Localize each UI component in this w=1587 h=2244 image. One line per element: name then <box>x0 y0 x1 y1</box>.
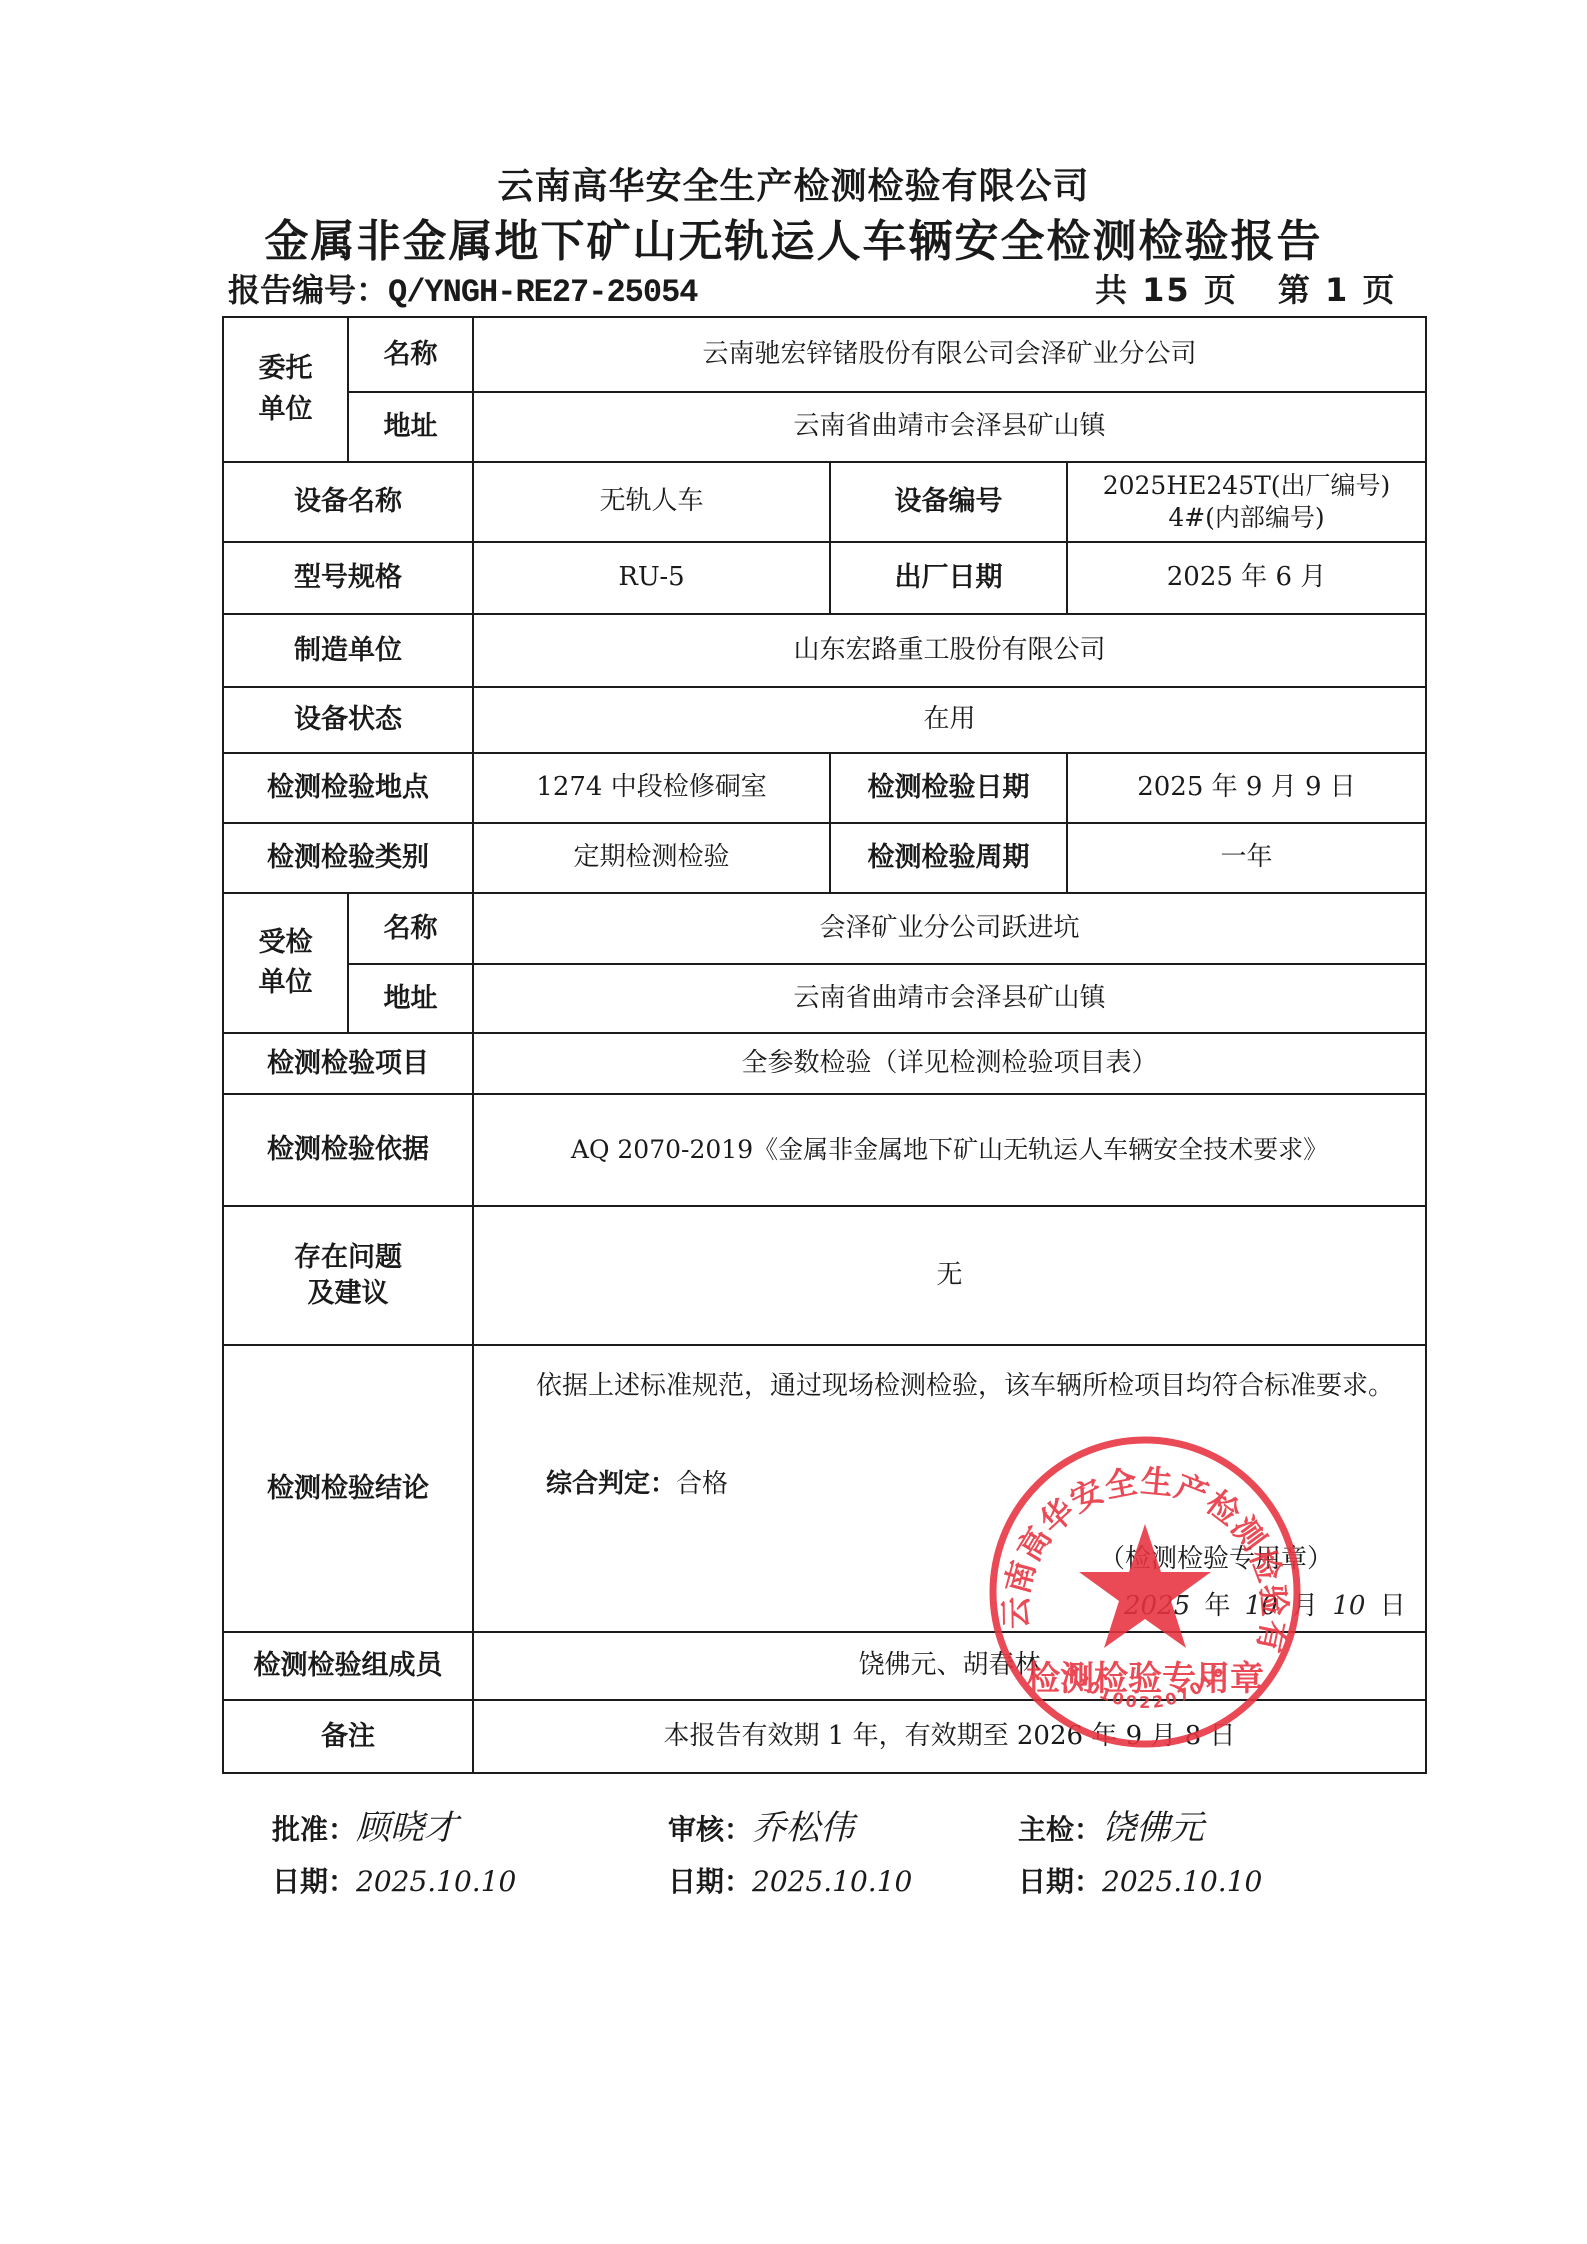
chief-signature-value: 饶佛元 <box>1102 1808 1204 1848</box>
equipment-factory-no: 2025HE245T(出厂编号) <box>1074 470 1419 503</box>
company-name: 云南高华安全生产检测检验有限公司 <box>0 158 1587 209</box>
approve-signature: 批准：顾晓才 <box>272 1800 458 1849</box>
items: 全参数检验（详见检测检验项目表） <box>473 1033 1426 1094</box>
conclusion-label: 检测检验结论 <box>223 1345 473 1632</box>
category: 定期检测检验 <box>473 823 830 893</box>
model-label: 型号规格 <box>223 542 473 614</box>
approve-date: 日期：2025.10.10 <box>272 1860 516 1900</box>
judgement-value: 合格 <box>676 1469 728 1499</box>
inspected-name: 会泽矿业分公司跃进坑 <box>473 893 1426 964</box>
issues-label: 存在问题 及建议 <box>223 1206 473 1345</box>
manufacturer-label: 制造单位 <box>223 614 473 687</box>
category-label: 检测检验类别 <box>223 823 473 893</box>
review-signature-value: 乔松伟 <box>752 1808 854 1848</box>
remarks-label: 备注 <box>223 1700 473 1773</box>
client-name: 云南驰宏锌锗股份有限公司会泽矿业分公司 <box>473 317 1426 392</box>
review-date: 日期：2025.10.10 <box>668 1860 912 1900</box>
factory-date: 2025 年 6 月 <box>1067 542 1426 614</box>
location-label: 检测检验地点 <box>223 753 473 823</box>
remarks: 本报告有效期 1 年，有效期至 2026 年 9 月 8 日 <box>473 1700 1426 1773</box>
inspection-date-label: 检测检验日期 <box>830 753 1067 823</box>
page-indicator: 共 15 页第 1 页 <box>1095 265 1396 311</box>
equipment-no-label: 设备编号 <box>830 462 1067 542</box>
review-signature: 审核：乔松伟 <box>668 1800 854 1849</box>
seal-note: （检测检验专用章） <box>1099 1543 1333 1577</box>
location: 1274 中段检修硐室 <box>473 753 830 823</box>
equipment-internal-no: 4#(内部编号) <box>1074 502 1419 535</box>
client-address-label: 地址 <box>348 392 473 462</box>
issues: 无 <box>473 1206 1426 1345</box>
inspected-address-label: 地址 <box>348 964 473 1033</box>
total-pages: 共 15 页 <box>1095 271 1238 309</box>
chief-inspector-date: 日期：2025.10.10 <box>1018 1860 1262 1900</box>
status: 在用 <box>473 687 1426 753</box>
report-title: 金属非金属地下矿山无轨运人车辆安全检测检验报告 <box>0 205 1587 269</box>
approve-signature-value: 顾晓才 <box>356 1808 458 1848</box>
members: 饶佛元、胡春林 <box>473 1632 1426 1700</box>
client-group-label: 委托单位 <box>223 317 348 462</box>
basis: AQ 2070-2019《金属非金属地下矿山无轨运人车辆安全技术要求》 <box>473 1094 1426 1206</box>
basis-label: 检测检验依据 <box>223 1094 473 1206</box>
status-label: 设备状态 <box>223 687 473 753</box>
equipment-no: 2025HE245T(出厂编号) 4#(内部编号) <box>1067 462 1426 542</box>
equipment-name: 无轨人车 <box>473 462 830 542</box>
cycle: 一年 <box>1067 823 1426 893</box>
manufacturer: 山东宏路重工股份有限公司 <box>473 614 1426 687</box>
chief-inspector-signature: 主检：饶佛元 <box>1018 1800 1204 1849</box>
inspection-date: 2025 年 9 月 9 日 <box>1067 753 1426 823</box>
seal-date: 2025 年 10 月 10 日 <box>1124 1590 1406 1624</box>
report-number-label: 报告编号： <box>228 271 388 309</box>
conclusion-text: 依据上述标准规范，通过现场检测检验，该车辆所检项目均符合标准要求。 <box>484 1366 1419 1406</box>
model: RU-5 <box>473 542 830 614</box>
overall-judgement: 综合判定：合格 <box>546 1468 728 1502</box>
conclusion: 依据上述标准规范，通过现场检测检验，该车辆所检项目均符合标准要求。 综合判定：合… <box>473 1345 1426 1632</box>
report-number: 报告编号：Q/YNGH-RE27-25054 <box>228 265 697 311</box>
inspected-name-label: 名称 <box>348 893 473 964</box>
equipment-name-label: 设备名称 <box>223 462 473 542</box>
cycle-label: 检测检验周期 <box>830 823 1067 893</box>
factory-date-label: 出厂日期 <box>830 542 1067 614</box>
report-table: 委托单位 名称 云南驰宏锌锗股份有限公司会泽矿业分公司 地址 云南省曲靖市会泽县… <box>222 316 1427 1774</box>
current-page: 第 1 页 <box>1278 271 1397 309</box>
items-label: 检测检验项目 <box>223 1033 473 1094</box>
client-address: 云南省曲靖市会泽县矿山镇 <box>473 392 1426 462</box>
members-label: 检测检验组成员 <box>223 1632 473 1700</box>
inspected-group-label: 受检单位 <box>223 893 348 1033</box>
client-name-label: 名称 <box>348 317 473 392</box>
inspected-address: 云南省曲靖市会泽县矿山镇 <box>473 964 1426 1033</box>
report-number-value: Q/YNGH-RE27-25054 <box>388 274 697 311</box>
